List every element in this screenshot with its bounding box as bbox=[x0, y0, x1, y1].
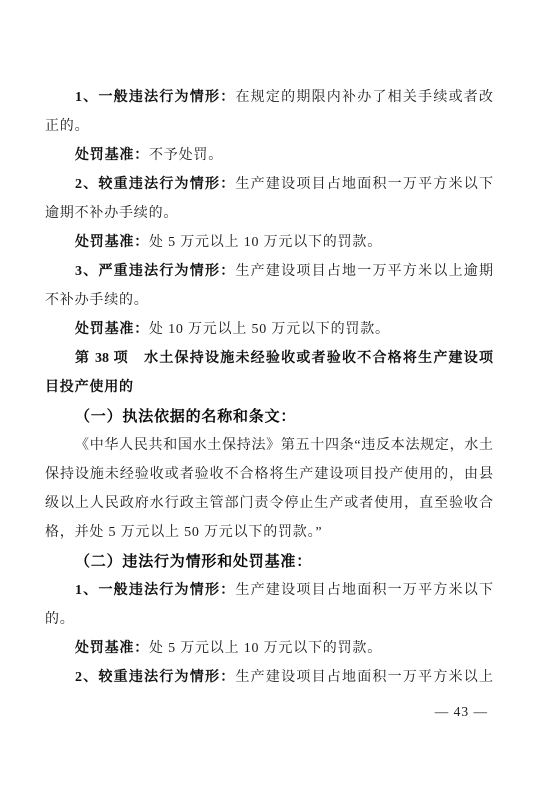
text-segment: 处 10 万元以上 50 万元以下的罚款。 bbox=[149, 322, 390, 337]
text-line: 不补办手续的。 bbox=[45, 286, 493, 315]
text-line: 保持设施未经验收或者验收不合格将生产建设项目投产使用的，由县 bbox=[45, 460, 493, 489]
text-segment: 《中华人民共和国水土保持法》第五十四条“违反本法规定，水土 bbox=[75, 438, 493, 453]
text-line: 1、一般违法行为情形：在规定的期限内补办了相关手续或者改 bbox=[45, 83, 493, 112]
text-segment: 处罚基准： bbox=[75, 235, 149, 250]
text-line: （一）执法依据的名称和条文： bbox=[45, 402, 493, 431]
text-segment: 生产建设项目占地面积一万平方米以上 bbox=[235, 670, 493, 685]
text-line: 处罚基准：处 5 万元以上 10 万元以下的罚款。 bbox=[45, 634, 493, 663]
text-segment: 处罚基准： bbox=[75, 641, 149, 656]
text-line: 1、一般违法行为情形：生产建设项目占地面积一万平方米以下 bbox=[45, 576, 493, 605]
text-segment: 的。 bbox=[45, 612, 75, 627]
text-segment: 目投产使用的 bbox=[45, 380, 134, 395]
text-segment: 级以上人民政府水行政主管部门责令停止生产或者使用，直至验收合 bbox=[45, 496, 493, 511]
text-segment: 1、一般违法行为情形： bbox=[75, 90, 235, 105]
text-segment: 格，并处 5 万元以上 50 万元以下的罚款。” bbox=[45, 525, 322, 540]
text-segment: 处 5 万元以上 10 万元以下的罚款。 bbox=[149, 641, 382, 656]
page-number: — 43 — bbox=[435, 704, 488, 720]
text-line: 正的。 bbox=[45, 112, 493, 141]
text-line: 处罚基准：处 10 万元以上 50 万元以下的罚款。 bbox=[45, 315, 493, 344]
text-segment: 2、较重违法行为情形： bbox=[75, 670, 235, 685]
text-segment: （二）违法行为情形和处罚基准： bbox=[75, 553, 312, 570]
text-segment: 生产建设项目占地一万平方米以上逾期 bbox=[235, 264, 493, 279]
text-segment: 正的。 bbox=[45, 119, 89, 134]
text-segment: 第 38 项 水土保持设施未经验收或者验收不合格将生产建设项 bbox=[75, 351, 493, 366]
text-line: 处罚基准：处 5 万元以上 10 万元以下的罚款。 bbox=[45, 228, 493, 257]
text-line: 目投产使用的 bbox=[45, 373, 493, 402]
text-segment: 不予处罚。 bbox=[149, 148, 223, 163]
text-line: 格，并处 5 万元以上 50 万元以下的罚款。” bbox=[45, 518, 493, 547]
text-line: 的。 bbox=[45, 605, 493, 634]
text-segment: 保持设施未经验收或者验收不合格将生产建设项目投产使用的，由县 bbox=[45, 467, 493, 482]
text-segment: 2、较重违法行为情形： bbox=[75, 177, 235, 192]
text-segment: 不补办手续的。 bbox=[45, 293, 149, 308]
text-segment: 1、一般违法行为情形： bbox=[75, 583, 235, 598]
text-segment: 逾期不补办手续的。 bbox=[45, 206, 178, 221]
text-line: 3、严重违法行为情形：生产建设项目占地一万平方米以上逾期 bbox=[45, 257, 493, 286]
text-segment: 生产建设项目占地面积一万平方米以下 bbox=[235, 177, 493, 192]
text-line: 第 38 项 水土保持设施未经验收或者验收不合格将生产建设项 bbox=[45, 344, 493, 373]
document-body: 1、一般违法行为情形：在规定的期限内补办了相关手续或者改正的。处罚基准：不予处罚… bbox=[45, 83, 493, 692]
text-segment: 3、严重违法行为情形： bbox=[75, 264, 235, 279]
text-line: 《中华人民共和国水土保持法》第五十四条“违反本法规定，水土 bbox=[45, 431, 493, 460]
text-segment: 处 5 万元以上 10 万元以下的罚款。 bbox=[149, 235, 382, 250]
text-segment: （一）执法依据的名称和条文： bbox=[75, 408, 296, 425]
text-line: （二）违法行为情形和处罚基准： bbox=[45, 547, 493, 576]
text-line: 处罚基准：不予处罚。 bbox=[45, 141, 493, 170]
text-segment: 在规定的期限内补办了相关手续或者改 bbox=[235, 90, 493, 105]
text-segment: 处罚基准： bbox=[75, 322, 149, 337]
text-line: 2、较重违法行为情形：生产建设项目占地面积一万平方米以上 bbox=[45, 663, 493, 692]
text-segment: 生产建设项目占地面积一万平方米以下 bbox=[235, 583, 493, 598]
text-line: 2、较重违法行为情形：生产建设项目占地面积一万平方米以下 bbox=[45, 170, 493, 199]
text-line: 级以上人民政府水行政主管部门责令停止生产或者使用，直至验收合 bbox=[45, 489, 493, 518]
text-line: 逾期不补办手续的。 bbox=[45, 199, 493, 228]
text-segment: 处罚基准： bbox=[75, 148, 149, 163]
document-page: 1、一般违法行为情形：在规定的期限内补办了相关手续或者改正的。处罚基准：不予处罚… bbox=[0, 0, 555, 785]
